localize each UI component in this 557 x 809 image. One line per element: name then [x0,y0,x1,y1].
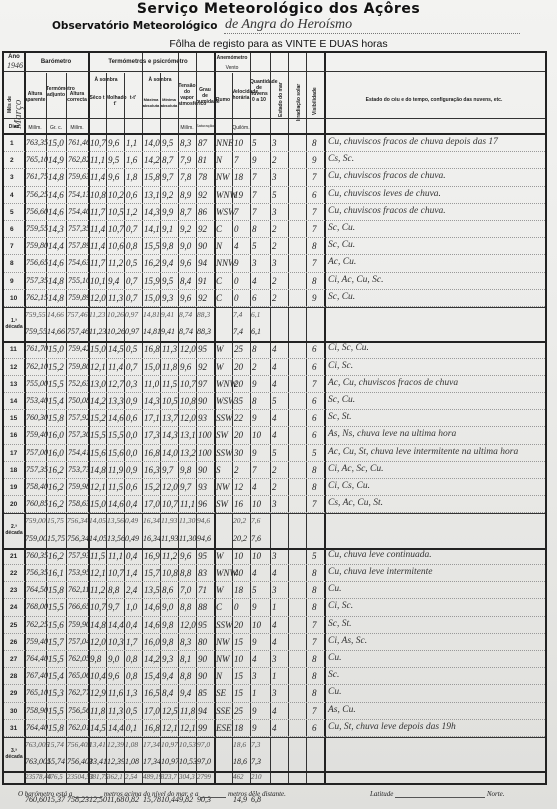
row-divider [4,409,545,410]
cell-h: 93 [198,413,207,423]
decade-mx: 16,34 [143,516,160,526]
cell-v: 9,6 [180,293,191,303]
cell-h: 99 [198,723,207,733]
cell-mn: 14,3 [162,430,178,440]
observation-table: Ano 1946 Mês de Março Dias Barómetro Alt… [2,51,547,785]
row-divider [4,307,545,308]
cell-sea: 5 [272,190,277,200]
latitude-blank[interactable] [395,797,485,798]
baro-thermo-header: Termómetro adjunto [46,86,66,98]
barometer-footnote: O barómetro está a metros acima do nível… [18,790,286,798]
sky-note: Ci, Sc. [328,601,353,611]
cell-sea: 2 [272,465,277,475]
dry-header: Sêco t [88,95,106,101]
cell-cl: 7 [252,465,257,475]
day-number: 29 [10,689,17,699]
sky-note: Ci, Ac, Cu, Sc. [328,275,384,285]
unit-mm-1: Milím. [24,125,46,131]
cell-tw: 14,6 [108,499,124,509]
row-divider [4,133,545,135]
decade-h: 88,3 [197,310,210,320]
cell-visibility: 5 [312,448,317,458]
cell-dir: SSE [216,706,231,716]
cell-d: 0,9 [126,465,137,475]
sky-note: Cu. [328,584,341,594]
cell-v: 9,2 [180,224,191,234]
cell-v: 7,8 [180,172,191,182]
decade-label: 2.ª década [4,524,24,536]
cell-tw: 14,6 [108,413,124,423]
cell-tb: 15,0 [48,344,64,354]
altitude-blank[interactable] [74,797,102,798]
cell-co: 762,11 [68,585,89,595]
decade-ts: 13,41 [89,740,106,750]
clouds-header: Quantidade de nuvens 0 a 10 [250,79,268,103]
column-divider [250,53,251,783]
cell-co: 759,63 [68,172,90,182]
cell-ap: 756,35 [26,568,48,578]
cell-tw: 14,4 [108,620,124,630]
cell-co: 752,63 [68,379,90,389]
cell-cl: 1 [252,688,257,698]
cell-dir: C [216,602,222,612]
cell-ap: 765,10 [26,688,48,698]
cell-ts: 10,8 [90,190,106,200]
cell-spd: 15 [234,688,243,698]
column-divider [306,53,307,783]
cell-mn: 9,5 [162,138,173,148]
decade-ts: 14,05 [89,534,107,544]
cell-co: 761,46 [68,138,90,148]
cell-v: 8,1 [180,654,191,664]
cell-cl: 8 [252,396,257,406]
cell-mx: 14,2 [144,654,160,664]
decade-spd: 7,4 [233,310,242,320]
cell-tb: 16,2 [48,482,64,492]
cell-v: 12,0 [180,344,196,354]
cell-ap: 755,00 [26,379,48,389]
day-number: 28 [10,672,17,682]
cell-h: 71 [198,585,207,595]
cell-v: 8,3 [180,637,191,647]
sky-note: Ac, Cu, chuviscos fracos de chuva [328,378,458,388]
day-number: 19 [10,483,17,493]
cell-v: 8,3 [180,138,191,148]
cell-visibility: 8 [312,138,317,148]
observatory-underline [224,33,520,34]
row-divider [4,581,545,582]
cell-mx: 14,0 [144,138,160,148]
visibility-header: Visibilidade [312,87,318,115]
cell-visibility: 8 [312,602,317,612]
cell-dir: N [216,241,222,251]
decade-cl: 7,3 [251,757,261,767]
cell-tb: 16,2 [48,499,64,509]
total-tw: 362,1 [107,772,123,782]
cell-tb: 14,6 [48,207,64,217]
cell-tb: 14,8 [48,172,64,182]
cell-ts: 9,8 [90,654,101,664]
cell-v: 9,8 [180,465,191,475]
cell-h: 90 [198,654,207,664]
cell-d: 0,4 [126,499,137,509]
cell-mx: 17,0 [144,706,160,716]
row-divider [4,220,545,221]
cell-cl: 5 [252,241,257,251]
decade-mn: 10,97 [161,740,178,750]
distance-blank[interactable] [200,797,226,798]
cell-ap: 761,75 [26,172,48,182]
cell-co: 753,73 [68,465,90,475]
row-divider [4,616,545,617]
sky-note: Sc, St. [328,619,351,629]
cell-tw: 10,2 [108,190,124,200]
cell-ap: 757,35 [26,465,48,475]
cell-tb: 14,8 [48,276,64,286]
sky-note: Cu, chuviscos fracos de chuva. [328,206,446,216]
cell-ap: 759,40 [26,430,48,440]
cell-sea: 1 [272,671,277,681]
row-divider [4,151,545,152]
cell-v: 12,0 [180,620,196,630]
cell-d: 1,7 [126,637,137,647]
cell-dir: C [216,224,222,234]
observatory-label: Observatório Meteorológico [52,20,217,32]
baro-apparent-header: Altura aparente [24,91,46,103]
cell-cl: 10 [252,551,261,561]
cell-v: 11,1 [180,499,195,509]
decade-ap: 759,55 [25,327,47,337]
cell-ap: 764,50 [26,585,48,595]
row-divider [4,272,545,273]
cell-tw: 9,7 [108,602,119,612]
cell-tb: 16,1 [48,568,64,578]
cell-d: 1,1 [126,138,137,148]
cell-tb: 16,2 [48,551,64,561]
latitude-line: Latitude Norte. [370,790,505,798]
cell-mn: 9,8 [162,241,173,251]
cell-mx: 16,8 [144,723,160,733]
cell-dir: SW [216,499,228,509]
cell-mx: 15,7 [144,568,160,578]
cell-tb: 15,5 [48,379,64,389]
decade-cl: 7,3 [251,740,260,750]
cell-ts: 11,2 [90,585,105,595]
cell-v: 10,7 [180,379,196,389]
cell-ap: 753,40 [26,396,48,406]
decade-mn: 11,93 [161,534,178,544]
latitude-label: Latitude [370,790,393,798]
cell-co: 759,89 [68,293,90,303]
decade-co: 757,46 [67,310,88,320]
cell-sea: 3 [272,172,277,182]
cell-spd: 2 [234,465,239,475]
cell-co: 759,42 [68,344,90,354]
cell-h: 93 [198,482,207,492]
cell-spd: 9 [234,258,239,268]
cell-ts: 11,5 [90,551,105,561]
cell-visibility: 7 [312,172,317,182]
decade-cl: 7,6 [251,516,260,526]
cell-h: 94 [198,706,207,716]
decade-cl: 6,1 [251,327,261,337]
diff-header: t-t' [124,95,142,101]
column-divider [142,53,143,783]
cell-ts: 11,7 [90,258,105,268]
cell-tw: 15,6 [108,448,124,458]
direction-header: Rumo [214,97,232,103]
cell-dir: W [216,362,224,372]
day-number: 30 [10,707,17,717]
cell-v: 9,7 [180,482,191,492]
cell-co: 755,10 [68,276,90,286]
cell-cl: 2 [252,362,257,372]
cell-ap: 758,40 [26,482,48,492]
cell-visibility: 7 [312,620,317,630]
cell-ap: 768,00 [26,602,48,612]
decade-mx: 17,34 [143,757,161,767]
cell-h: 95 [198,551,207,561]
cell-ts: 12,9 [90,688,106,698]
cell-d: 1,0 [126,602,137,612]
cell-tb: 15,6 [48,620,64,630]
cell-ts: 12,0 [90,293,106,303]
decade-mx: 14,81 [143,310,160,320]
cell-sea: 4 [272,413,277,423]
row-divider [4,478,545,479]
cell-mn: 9,3 [162,654,173,664]
cell-mn: 9,2 [162,190,173,200]
cell-d: 0,6 [126,413,137,423]
cell-d: 0,0 [126,430,137,440]
cell-spd: 25 [234,344,243,354]
cell-ap: 762,15 [26,293,48,303]
cell-ts: 10,7 [90,602,106,612]
cell-h: 88 [198,602,207,612]
decade-mn: 9,41 [161,327,175,337]
cell-mn: 9,8 [162,637,173,647]
day-number: 10 [10,294,17,304]
document-subtitle: Fôlha de registo para as VINTE E DUAS ho… [0,38,557,50]
cell-ap: 760,30 [26,413,48,423]
cell-v: 12,1 [180,723,196,733]
day-number: 26 [10,638,17,648]
decade-tb: 15,74 [47,740,64,750]
decade-label: 1.ª década [4,318,24,330]
cell-mx: 15,0 [144,362,160,372]
cell-spd: 0 [234,602,239,612]
cell-ap: 763,35 [26,138,48,148]
decade-cl: 6,1 [251,310,260,320]
column-divider [66,73,67,783]
row-divider [4,564,545,565]
cell-v: 8,8 [180,671,191,681]
cell-d: 0,3 [126,379,137,389]
cell-tb: 15,0 [48,138,64,148]
sky-note: Ci, Sc. [328,361,353,371]
thermometers-header: Termómetros e psicrómetro [88,59,208,65]
cell-visibility: 7 [312,207,317,217]
unit-deg-1: Gr. c. [46,125,66,131]
cell-co: 762,05 [68,654,90,664]
decade-co: 756,34 [67,534,89,544]
cell-tw: 11,2 [108,258,123,268]
cell-dir: N [216,155,222,165]
day-number: 3 [10,173,14,183]
cell-co: 750,08 [68,396,90,406]
decade-co: 757,46 [67,327,89,337]
cell-v: 8,7 [180,207,191,217]
cell-h: 90 [198,396,207,406]
cell-mn: 8,6 [162,585,173,595]
cell-sea: 3 [272,654,277,664]
cell-h: 90 [198,465,207,475]
column-divider [124,73,125,783]
cell-v: 13,1 [180,430,196,440]
decade-v: 8,74 [179,327,193,337]
cell-tw: 9,6 [108,138,119,148]
cell-ts: 11,4 [90,172,105,182]
cell-visibility: 6 [312,413,317,423]
day-number: 9 [10,277,14,287]
cell-co: 757,04 [68,637,90,647]
cell-ap: 757,00 [26,448,48,458]
cell-mx: 14,1 [144,224,160,234]
speed-header: Velocidade horária [232,89,250,101]
cell-d: 0,6 [126,190,137,200]
cell-d: 0,5 [126,258,137,268]
cell-tw: 10,5 [108,207,124,217]
row-divider [4,375,545,376]
column-divider [88,53,90,783]
row-divider [4,392,545,393]
cell-tb: 14,4 [48,241,64,251]
cell-mn: 9,7 [162,465,173,475]
day-number: 13 [10,380,17,390]
row-divider [4,633,545,634]
row-divider [4,289,545,290]
cell-spd: 7 [234,207,239,217]
cell-spd: 40 [234,568,243,578]
cell-spd: 25 [234,706,243,716]
cell-tb: 16,0 [48,448,64,458]
cell-h: 91 [198,276,207,286]
cell-dir: NW [216,172,230,182]
decade-ts: 11,23 [89,327,106,337]
decade-mn: 11,93 [161,516,177,526]
cell-cl: 8 [252,344,257,354]
decade-label: 3.ª década [4,748,24,760]
cell-mx: 16,8 [144,448,160,458]
cell-cl: 7 [252,172,257,182]
cell-d: 1,2 [126,207,137,217]
cell-cl: 7 [252,207,257,217]
cell-co: 757,93 [68,551,90,561]
cell-dir: C [216,293,222,303]
cell-cl: 5 [252,138,257,148]
cell-cl: 9 [252,602,257,612]
cell-mx: 13,1 [144,190,160,200]
cell-ap: 759,55 [26,224,48,234]
row-divider [4,341,545,343]
sky-note: Cu, chuviscos fracos de chuva. [328,171,446,181]
cell-v: 7,9 [180,155,191,165]
cell-co: 762,77 [68,688,90,698]
row-divider [4,118,545,119]
decade-d: 0,49 [125,534,139,544]
max-header: Máxima absoluta [142,97,160,109]
cell-d: 0,0 [126,448,137,458]
cell-dir: W [216,585,224,595]
cell-tw: 13,3 [108,396,124,406]
cell-mn: 9,0 [162,602,173,612]
cell-visibility: 9 [312,155,317,165]
row-divider [4,186,545,187]
decade-v: 10,53 [179,740,196,750]
cell-mx: 14,6 [144,620,160,630]
cell-h: 78 [198,172,207,182]
cell-sea: 2 [272,276,277,286]
cell-spd: 0 [234,224,239,234]
cell-tw: 9,4 [108,276,119,286]
sky-note: Cu, chuva leve continuada. [328,550,432,560]
barometer-header: Barómetro [24,59,88,65]
decade-tw: 12,39 [107,757,125,767]
cell-co: 759,98 [68,482,90,492]
decade-v: 10,53 [179,757,197,767]
cell-mx: 14,3 [144,396,160,406]
day-number: 20 [10,500,17,510]
cell-v: 9,4 [180,688,191,698]
cell-ts: 12,1 [90,362,106,372]
cell-sea: 3 [272,499,277,509]
cell-v: 11,8 [180,706,195,716]
cell-mx: 11,0 [144,379,159,389]
cell-sea: 5 [272,396,277,406]
cell-visibility: 6 [312,396,317,406]
cell-tw: 11,3 [108,293,123,303]
cell-co: 759,80 [68,362,90,372]
cell-sea: 4 [272,620,277,630]
cell-visibility: 8 [312,654,317,664]
cell-sea: 3 [272,585,277,595]
sky-note: Sc, Cu. [328,240,355,250]
cell-ts: 15,2 [90,413,106,423]
cell-tb: 15,4 [48,671,64,681]
cell-h: 100 [198,448,212,458]
cell-tw: 10,7 [108,568,124,578]
cell-tw: 10,3 [108,637,124,647]
column-divider [324,53,326,783]
decade-mn: 10,97 [161,757,179,767]
sky-note: As, Ns, chuva leve na ultima hora [328,429,456,439]
cell-cl: 4 [252,568,257,578]
cell-visibility: 5 [312,551,317,561]
cell-co: 762,01 [68,723,90,733]
cell-d: 0,1 [126,723,137,733]
row-divider [4,254,545,255]
cell-d: 0,7 [126,224,137,234]
cell-v: 10,8 [180,396,196,406]
cell-mn: 8,7 [162,155,173,165]
column-divider [232,73,233,783]
cell-tw: 11,5 [108,482,123,492]
cell-visibility: 8 [312,241,317,251]
cell-co: 753,95 [68,568,90,578]
row-divider [4,461,545,462]
cell-h: 80 [198,637,207,647]
cell-h: 92 [198,190,207,200]
